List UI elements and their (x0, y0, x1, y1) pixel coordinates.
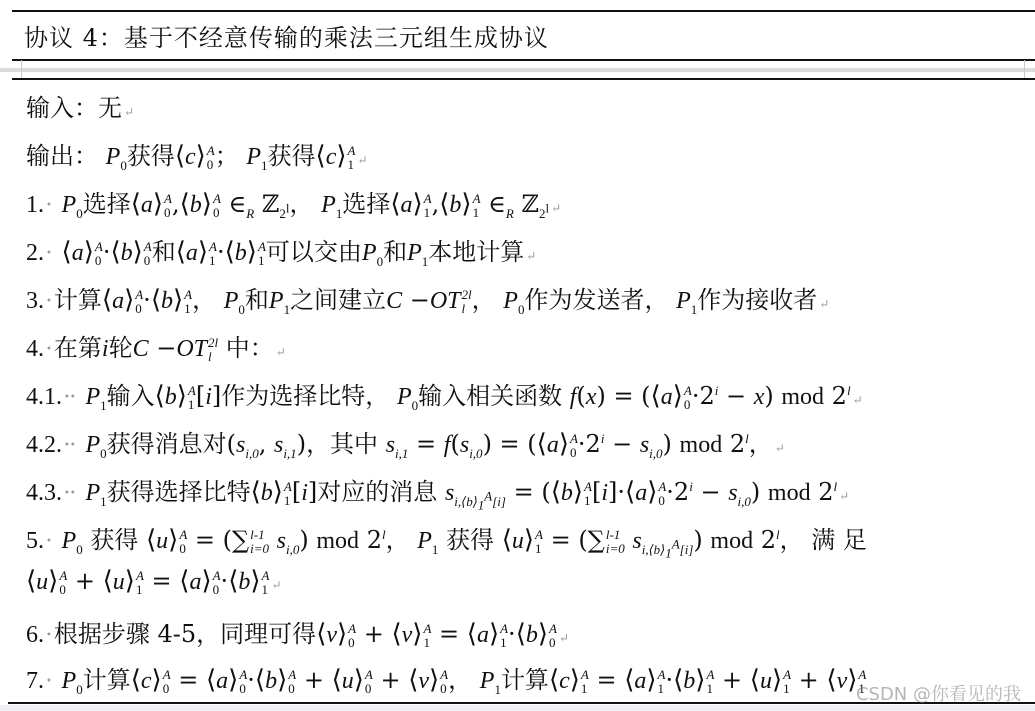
text: 之间建立 (290, 286, 386, 314)
text: 轮 (109, 334, 133, 362)
text: 获得选择比特 (107, 478, 251, 506)
text: 输入 (107, 382, 155, 410)
text: 作为接收者 (697, 286, 817, 314)
text: 获得 (90, 526, 138, 554)
text: 对应的消息 (317, 478, 437, 506)
step-5-continued: ⟨u⟩A0 + ⟨u⟩A1 = ⟨a⟩A0·⟨b⟩A1↵ (26, 566, 282, 597)
step-4: 4.•在第i轮C −OT2ll 中：↵ (26, 328, 286, 364)
text: 中： (226, 334, 274, 362)
text: 选择 (342, 190, 390, 218)
output-line: 输出： P0获得⟨c⟩A0； P1获得⟨c⟩A1↵ (26, 136, 368, 174)
text: 满 足 (811, 526, 867, 554)
top-rule (12, 10, 1035, 12)
paragraph-mark-icon: ↵ (775, 441, 785, 455)
paragraph-mark-icon: ↵ (124, 105, 134, 119)
text: 可以交由 (266, 238, 362, 266)
text: 和 (152, 238, 176, 266)
text: mod (316, 528, 359, 554)
text: 作为选择比特， (221, 382, 389, 410)
text: 和 (245, 286, 269, 314)
text: 获得消息对 (107, 430, 227, 458)
input-label: 输入： (26, 94, 98, 122)
text: 根据步骤 4-5，同理可得 (54, 620, 316, 648)
text: 获得 (127, 142, 175, 170)
table-gridline-right (1024, 60, 1025, 78)
step-number: 4.1. (26, 384, 62, 410)
paragraph-mark-icon: ↵ (271, 578, 281, 592)
paragraph-mark-icon: ↵ (526, 249, 536, 263)
paragraph-mark-icon: ↵ (559, 631, 569, 645)
text: 计算 (83, 666, 131, 694)
text: ，其中 (306, 430, 378, 458)
text: 输入相关函数 (418, 382, 562, 410)
paragraph-mark-icon: ↵ (276, 345, 286, 359)
text: 获得 (268, 142, 316, 170)
text: 选择 (83, 190, 131, 218)
step-number: 5. (26, 528, 44, 554)
step-number: 3. (26, 288, 44, 314)
step-number: 7. (26, 668, 44, 694)
step-4-2: 4.2.•• P0获得消息对(si,0, si,1)，其中 si,1 = f(s… (26, 424, 785, 462)
paragraph-mark-icon: ↵ (357, 153, 367, 167)
title-underline (12, 59, 1035, 61)
text: 计算 (54, 286, 102, 314)
step-number: 4. (26, 336, 44, 362)
step-3: 3.•计算⟨a⟩A0·⟨b⟩A1， P0和P1之间建立C −OT2ll， P0作… (26, 280, 829, 318)
output-label: 输出： (26, 142, 98, 170)
table-gridline (0, 68, 1035, 72)
text: 计算 (501, 666, 549, 694)
text: mod (710, 528, 753, 554)
paragraph-mark-icon: ↵ (853, 393, 863, 407)
text: mod (781, 384, 824, 410)
step-4-3: 4.3.•• P1获得选择比特⟨b⟩A1[i]对应的消息 si,⟨b⟩1A[i]… (26, 472, 849, 513)
step-6: 6.•根据步骤 4-5，同理可得⟨v⟩A0 + ⟨v⟩A1 = ⟨a⟩A1·⟨b… (26, 614, 569, 650)
page-title: 协议 4：基于不经意传输的乘法三元组生成协议 (24, 18, 549, 53)
step-number: 6. (26, 622, 44, 648)
body-top-rule (12, 78, 1035, 80)
watermark: CSDN @你看见的我 (856, 680, 1021, 706)
text: 和 (383, 238, 407, 266)
text: mod (680, 432, 723, 458)
text: 获得 (446, 526, 494, 554)
input-value: 无 (98, 94, 122, 122)
table-gridline-left (21, 60, 22, 78)
step-1: 1.• P0选择⟨a⟩A0,⟨b⟩A0 ∈R ℤ2l， P1选择⟨a⟩A1,⟨b… (26, 184, 561, 222)
step-number: 4.3. (26, 480, 62, 506)
input-line: 输入：无↵ (26, 88, 134, 123)
text: 本地计算 (428, 238, 524, 266)
paragraph-mark-icon: ↵ (839, 489, 849, 503)
step-number: 2. (26, 240, 44, 266)
text: mod (768, 480, 811, 506)
step-number: 1. (26, 192, 44, 218)
step-2: 2.• ⟨a⟩A0·⟨b⟩A0和⟨a⟩A1·⟨b⟩A1可以交由P0和P1本地计算… (26, 232, 536, 270)
step-number: 4.2. (26, 432, 62, 458)
text: 在第 (54, 334, 102, 362)
step-5: 5.• P0 获得 ⟨u⟩A0 = (∑l-1i=0 si,0) mod 2l，… (26, 520, 867, 561)
paragraph-mark-icon: ↵ (819, 297, 829, 311)
step-7: 7.• P0计算⟨c⟩A0 = ⟨a⟩A0·⟨b⟩A0 + ⟨u⟩A0 + ⟨v… (26, 660, 866, 698)
step-4-1: 4.1.•• P1输入⟨b⟩A1[i]作为选择比特， P0输入相关函数 f(x)… (26, 376, 863, 414)
paragraph-mark-icon: ↵ (551, 201, 561, 215)
text: 作为发送者， (524, 286, 668, 314)
